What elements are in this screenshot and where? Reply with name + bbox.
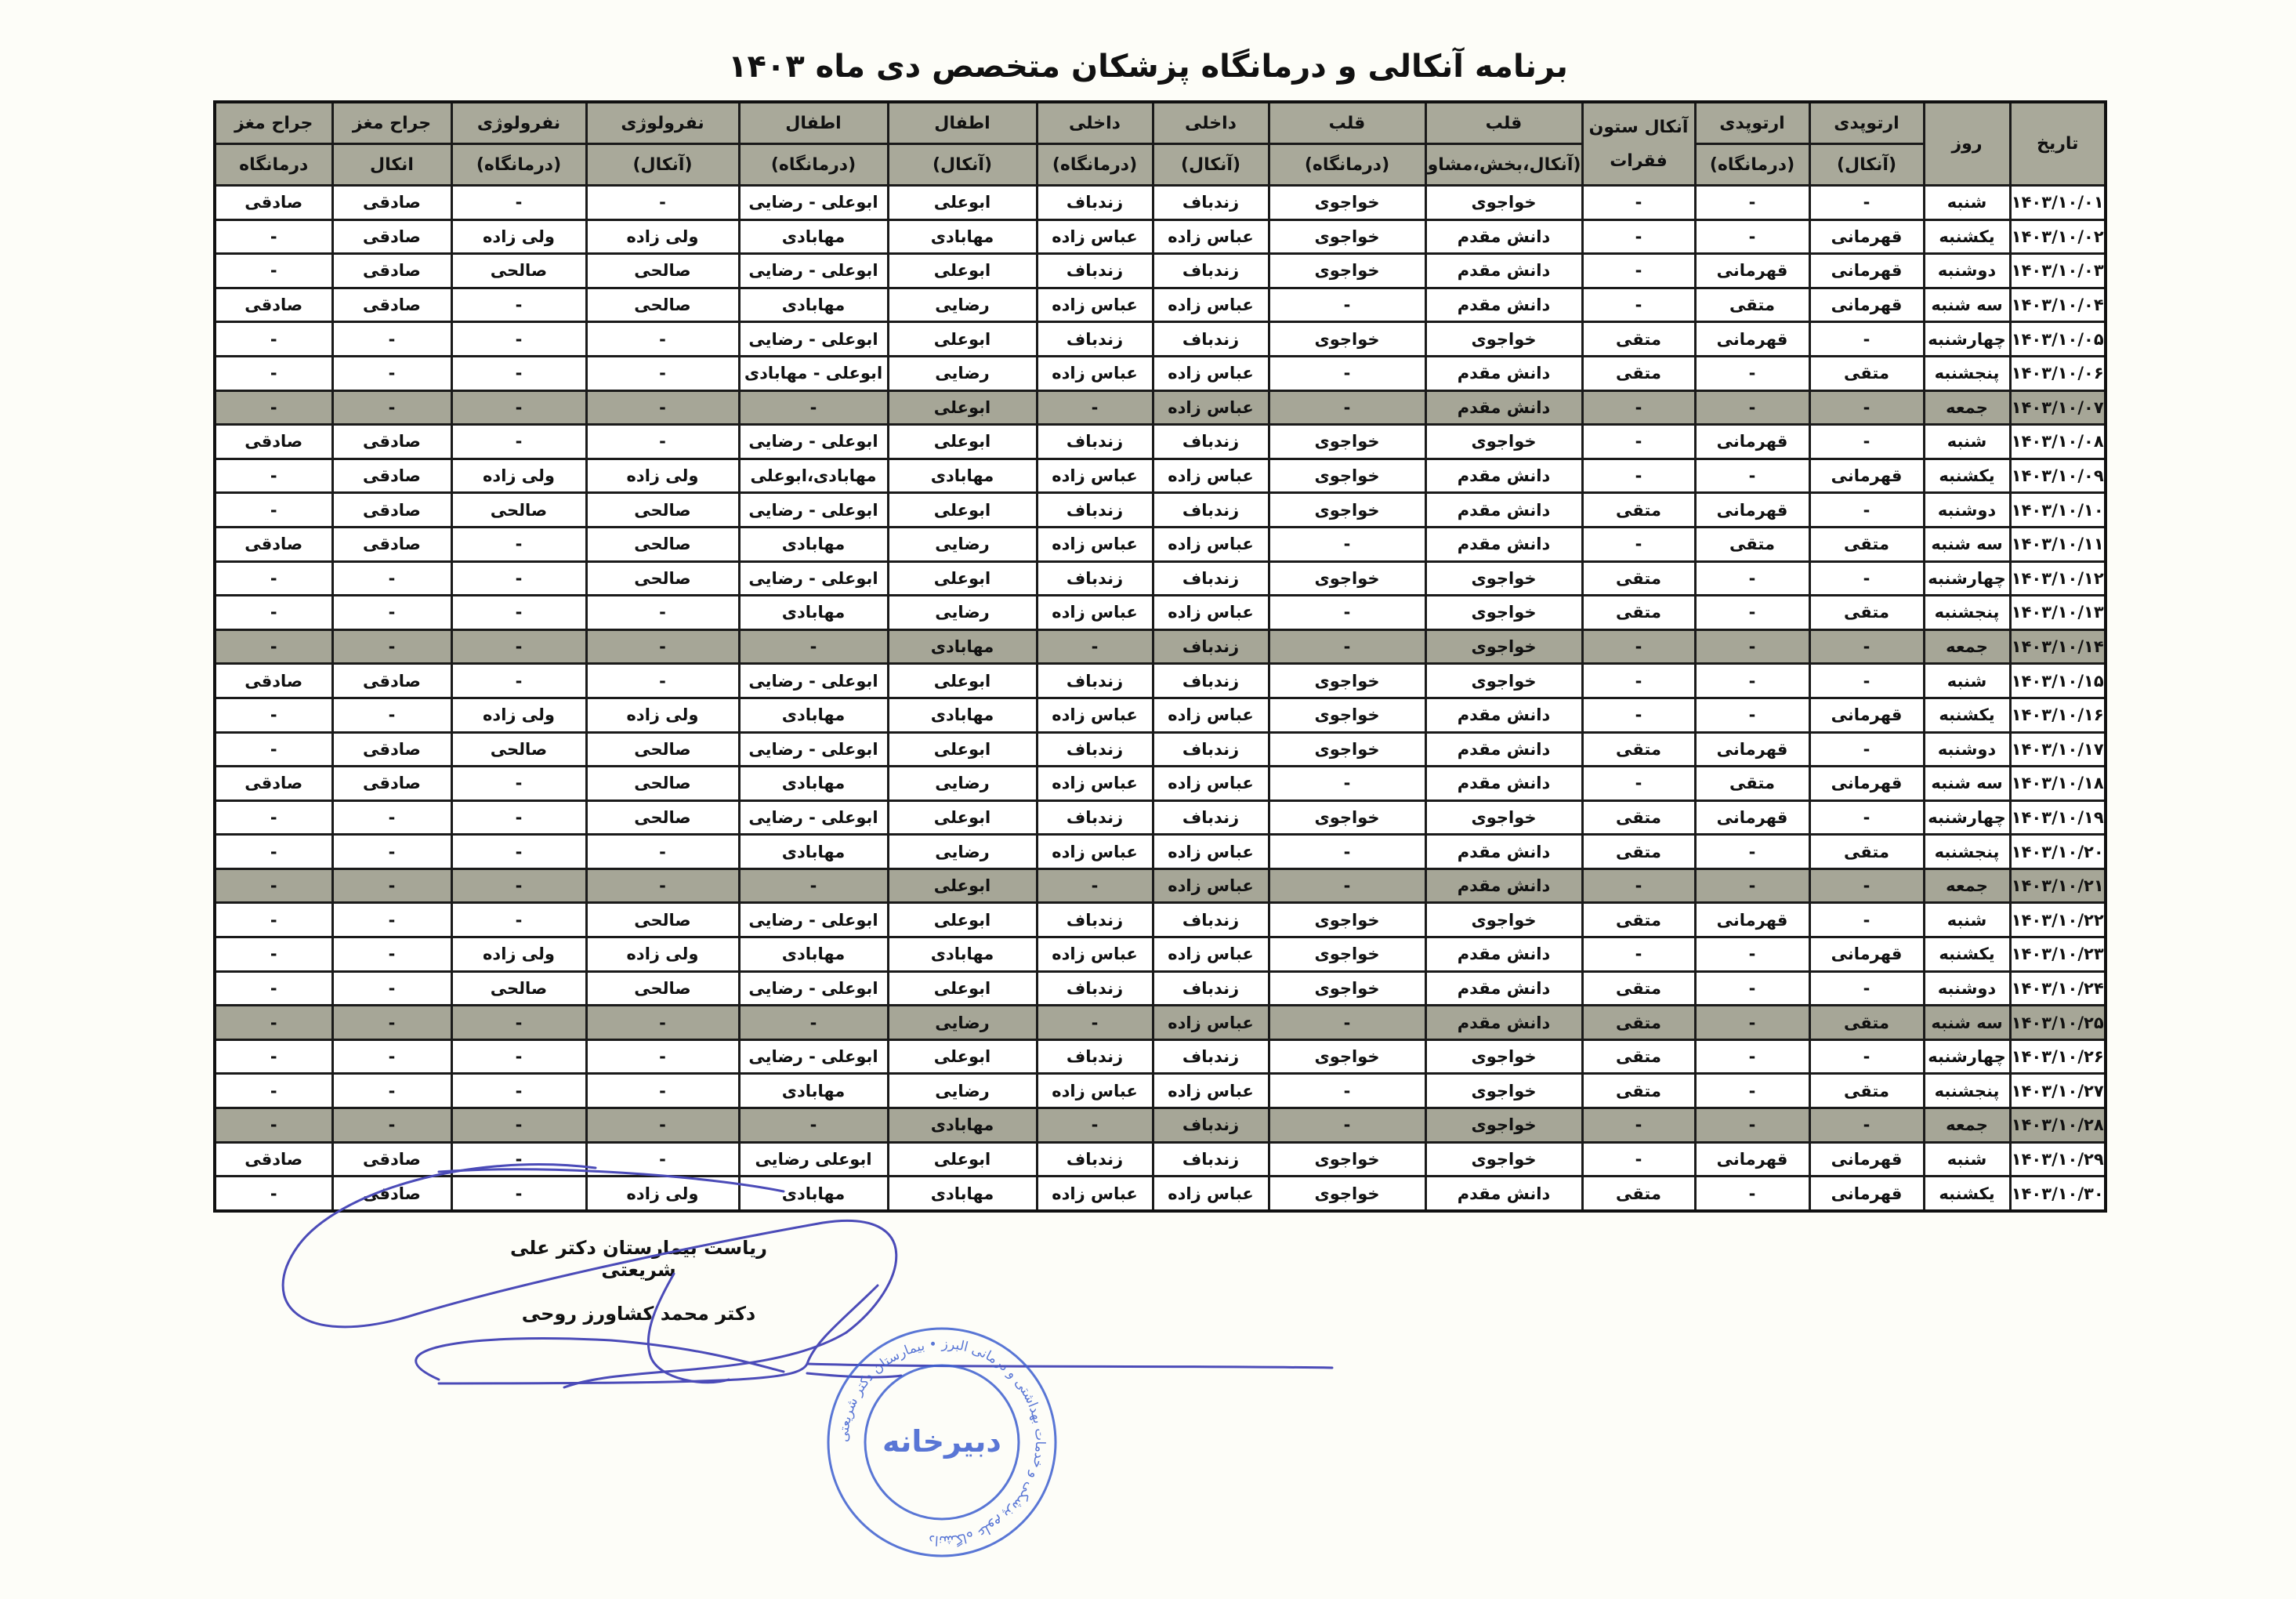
day-cell: پنجشنبه	[1924, 596, 2010, 630]
doctor-cell: دانش مقدم	[1425, 493, 1582, 528]
doctor-cell: -	[586, 390, 739, 425]
doctor-cell: مهابادی	[888, 219, 1037, 254]
doctor-cell: -	[215, 1006, 332, 1040]
header-row-top: تاریخروزارتوپدیارتوپدیآنکال ستونفقراتقلب…	[215, 102, 2106, 144]
doctor-cell: صادقی	[332, 254, 451, 288]
date-cell: ۱۴۰۳/۱۰/۱۴	[2010, 629, 2106, 664]
doctor-cell: دانش مقدم	[1425, 732, 1582, 767]
column-header: اطفال	[739, 102, 888, 144]
doctor-cell: متقی	[1809, 1006, 1924, 1040]
doctor-cell: متقی	[1809, 527, 1924, 561]
doctor-cell: ابوعلی	[888, 186, 1037, 220]
doctor-cell: عباس زاده	[1037, 356, 1153, 390]
doctor-cell: -	[451, 767, 586, 801]
doctor-cell: دانش مقدم	[1425, 254, 1582, 288]
doctor-cell: زندباف	[1153, 1039, 1269, 1074]
doctor-cell: صادقی	[215, 664, 332, 698]
table-row-holiday: ۱۴۰۳/۱۰/۲۱جمعه---دانش مقدم-عباس زاده-ابو…	[215, 868, 2106, 903]
doctor-cell: زندباف	[1037, 186, 1153, 220]
doctor-cell: -	[586, 629, 739, 664]
doctor-cell: متقی	[1809, 356, 1924, 390]
doctor-cell: ابوعلی - رضایی	[739, 186, 888, 220]
doctor-cell: خواجوی	[1425, 903, 1582, 937]
doctor-cell: زندباف	[1153, 425, 1269, 459]
doctor-cell: عباس زاده	[1037, 459, 1153, 493]
date-cell: ۱۴۰۳/۱۰/۰۴	[2010, 288, 2106, 322]
doctor-cell: خواجوی	[1269, 664, 1425, 698]
doctor-cell: -	[1695, 1177, 1809, 1211]
doctor-cell: ولی زاده	[586, 1177, 739, 1211]
doctor-cell: متقی	[1582, 800, 1695, 835]
table-row: ۱۴۰۳/۱۰/۱۷دوشنبه-قهرمانیمتقیدانش مقدمخوا…	[215, 732, 2106, 767]
doctor-cell: -	[1269, 390, 1425, 425]
doctor-cell: -	[1269, 527, 1425, 561]
doctor-cell: قهرمانی	[1695, 322, 1809, 357]
doctor-cell: -	[451, 1074, 586, 1108]
doctor-cell: خواجوی	[1269, 732, 1425, 767]
date-cell: ۱۴۰۳/۱۰/۲۷	[2010, 1074, 2106, 1108]
doctor-cell: مهابادی	[888, 459, 1037, 493]
doctor-cell: -	[332, 1074, 451, 1108]
doctor-cell: مهابادی	[739, 835, 888, 869]
doctor-cell: خواجوی	[1425, 561, 1582, 596]
doctor-cell: خواجوی	[1425, 1108, 1582, 1143]
header-row-bottom: (آنکال)(درمانگاه)(آنکال،بخش،مشاوره)(درما…	[215, 144, 2106, 186]
doctor-cell: زندباف	[1037, 1142, 1153, 1177]
doctor-cell: -	[1809, 971, 1924, 1006]
doctor-cell: -	[332, 903, 451, 937]
column-header: جراح مغز	[215, 102, 332, 144]
doctor-cell: -	[332, 390, 451, 425]
doctor-cell: زندباف	[1153, 493, 1269, 528]
doctor-cell: زندباف	[1153, 1142, 1269, 1177]
doctor-cell: دانش مقدم	[1425, 459, 1582, 493]
doctor-cell: -	[215, 732, 332, 767]
doctor-cell: صادقی	[332, 186, 451, 220]
doctor-cell: -	[1582, 219, 1695, 254]
doctor-cell: قهرمانی	[1809, 1177, 1924, 1211]
date-cell: ۱۴۰۳/۱۰/۱۰	[2010, 493, 2106, 528]
doctor-cell: عباس زاده	[1153, 356, 1269, 390]
date-cell: ۱۴۰۳/۱۰/۱۸	[2010, 767, 2106, 801]
doctor-cell: صادقی	[215, 527, 332, 561]
doctor-cell: خواجوی	[1425, 800, 1582, 835]
doctor-cell: ولی زاده	[451, 219, 586, 254]
day-cell: شنبه	[1924, 1142, 2010, 1177]
doctor-cell: زندباف	[1037, 493, 1153, 528]
doctor-cell: زندباف	[1037, 561, 1153, 596]
doctor-cell: -	[1037, 629, 1153, 664]
day-cell: دوشنبه	[1924, 732, 2010, 767]
doctor-cell: ابوعلی - رضایی	[739, 561, 888, 596]
date-cell: ۱۴۰۳/۱۰/۰۵	[2010, 322, 2106, 357]
table-row: ۱۴۰۳/۱۰/۲۰پنجشنبهمتقی-متقیدانش مقدم-عباس…	[215, 835, 2106, 869]
doctor-cell: متقی	[1582, 835, 1695, 869]
doctor-cell: -	[332, 937, 451, 972]
doctor-cell: -	[451, 1039, 586, 1074]
column-header: جراح مغز	[332, 102, 451, 144]
doctor-cell: خواجوی	[1269, 903, 1425, 937]
doctor-cell: -	[1809, 868, 1924, 903]
doctor-cell: خواجوی	[1269, 219, 1425, 254]
doctor-cell: صادقی	[332, 425, 451, 459]
doctor-cell: متقی	[1695, 767, 1809, 801]
doctor-cell: -	[739, 1006, 888, 1040]
doctor-cell: ابوعلی	[888, 664, 1037, 698]
table-row: ۱۴۰۳/۱۰/۰۶پنجشنبهمتقی-متقیدانش مقدم-عباس…	[215, 356, 2106, 390]
doctor-cell: -	[1695, 1039, 1809, 1074]
table-row-holiday: ۱۴۰۳/۱۰/۰۷جمعه---دانش مقدم-عباس زاده-ابو…	[215, 390, 2106, 425]
doctor-cell: مهابادی	[888, 629, 1037, 664]
date-cell: ۱۴۰۳/۱۰/۱۳	[2010, 596, 2106, 630]
column-header: نفرولوژی	[451, 102, 586, 144]
doctor-cell: خواجوی	[1269, 1142, 1425, 1177]
table-row: ۱۴۰۳/۱۰/۰۸شنبه-قهرمانی-خواجویخواجویزندبا…	[215, 425, 2106, 459]
doctor-cell: ابوعلی - رضایی	[739, 903, 888, 937]
doctor-cell: ولی زاده	[451, 698, 586, 732]
doctor-cell: صالحی	[586, 254, 739, 288]
doctor-cell: زندباف	[1153, 254, 1269, 288]
day-cell: جمعه	[1924, 629, 2010, 664]
doctor-cell: خواجوی	[1425, 629, 1582, 664]
doctor-cell: خواجوی	[1269, 698, 1425, 732]
doctor-cell: مهابادی	[739, 1074, 888, 1108]
doctor-cell: خواجوی	[1425, 596, 1582, 630]
doctor-cell: ابوعلی - رضایی	[739, 425, 888, 459]
doctor-cell: زندباف	[1153, 561, 1269, 596]
table-row-holiday: ۱۴۰۳/۱۰/۱۴جمعه---خواجوی-زندباف-مهابادی--…	[215, 629, 2106, 664]
doctor-cell: -	[451, 596, 586, 630]
doctor-cell: -	[332, 971, 451, 1006]
column-header: داخلی	[1153, 102, 1269, 144]
doctor-cell: رضایی	[888, 835, 1037, 869]
doctor-cell: خواجوی	[1425, 664, 1582, 698]
doctor-cell: -	[215, 835, 332, 869]
doctor-cell: ابوعلی	[888, 1039, 1037, 1074]
doctor-cell: -	[1695, 186, 1809, 220]
doctor-cell: صالحی	[586, 800, 739, 835]
doctor-cell: -	[1582, 288, 1695, 322]
doctor-cell: -	[332, 356, 451, 390]
document-title: برنامه آنکالی و درمانگاه پزشکان متخصص دی…	[204, 49, 2092, 85]
doctor-cell: عباس زاده	[1153, 390, 1269, 425]
doctor-cell: خواجوی	[1425, 1142, 1582, 1177]
table-row: ۱۴۰۳/۱۰/۲۳یکشنبهقهرمانی--دانش مقدمخواجوی…	[215, 937, 2106, 972]
doctor-cell: ولی زاده	[586, 459, 739, 493]
doctor-cell: خواجوی	[1425, 322, 1582, 357]
doctor-cell: -	[1695, 219, 1809, 254]
doctor-cell: عباس زاده	[1037, 1177, 1153, 1211]
doctor-cell: ابوعلی - رضایی	[739, 732, 888, 767]
doctor-cell: متقی	[1582, 356, 1695, 390]
doctor-cell: -	[1582, 698, 1695, 732]
column-subheader: (آنکال)	[888, 144, 1037, 186]
doctor-cell: صادقی	[332, 219, 451, 254]
doctor-cell: -	[739, 868, 888, 903]
doctor-cell: قهرمانی	[1695, 1142, 1809, 1177]
doctor-cell: زندباف	[1153, 1108, 1269, 1143]
doctor-cell: مهابادی،ابوعلی	[739, 459, 888, 493]
doctor-cell: -	[332, 835, 451, 869]
doctor-cell: -	[1809, 493, 1924, 528]
doctor-cell: -	[451, 664, 586, 698]
doctor-cell: رضایی	[888, 767, 1037, 801]
doctor-cell: متقی	[1582, 903, 1695, 937]
doctor-cell: -	[1269, 356, 1425, 390]
doctor-cell: -	[451, 1177, 586, 1211]
column-subheader: (آنکال)	[586, 144, 739, 186]
doctor-cell: قهرمانی	[1809, 459, 1924, 493]
doctor-cell: -	[215, 356, 332, 390]
doctor-cell: -	[215, 1074, 332, 1108]
doctor-cell: عباس زاده	[1153, 288, 1269, 322]
doctor-cell: ابوعلی - رضایی	[739, 493, 888, 528]
doctor-cell: قهرمانی	[1695, 493, 1809, 528]
doctor-cell: -	[1695, 596, 1809, 630]
column-subheader: (درمانگاه)	[451, 144, 586, 186]
doctor-cell: قهرمانی	[1695, 425, 1809, 459]
doctor-cell: دانش مقدم	[1425, 767, 1582, 801]
date-cell: ۱۴۰۳/۱۰/۰۱	[2010, 186, 2106, 220]
doctor-cell: -	[739, 1108, 888, 1143]
doctor-cell: قهرمانی	[1809, 767, 1924, 801]
day-cell: جمعه	[1924, 390, 2010, 425]
doctor-cell: صادقی	[215, 288, 332, 322]
doctor-cell: زندباف	[1153, 903, 1269, 937]
doctor-cell: صادقی	[332, 527, 451, 561]
doctor-cell: -	[332, 1006, 451, 1040]
doctor-cell: -	[1695, 868, 1809, 903]
doctor-cell: -	[215, 868, 332, 903]
doctor-cell: مهابادی	[739, 698, 888, 732]
doctor-cell: مهابادی	[739, 219, 888, 254]
doctor-cell: -	[1582, 527, 1695, 561]
doctor-cell: زندباف	[1037, 1039, 1153, 1074]
doctor-cell: مهابادی	[739, 937, 888, 972]
doctor-cell: ابوعلی - مهابادی	[739, 356, 888, 390]
doctor-cell: متقی	[1695, 288, 1809, 322]
doctor-cell: صادقی	[215, 425, 332, 459]
doctor-cell: -	[1269, 596, 1425, 630]
doctor-cell: -	[215, 219, 332, 254]
day-cell: چهارشنبه	[1924, 800, 2010, 835]
doctor-cell: -	[1582, 937, 1695, 972]
doctor-cell: عباس زاده	[1153, 1006, 1269, 1040]
table-row: ۱۴۰۳/۱۰/۰۲یکشنبهقهرمانی--دانش مقدمخواجوی…	[215, 219, 2106, 254]
doctor-cell: -	[586, 868, 739, 903]
doctor-cell: زندباف	[1153, 800, 1269, 835]
doctor-cell: -	[1809, 903, 1924, 937]
doctor-cell: -	[1695, 1108, 1809, 1143]
doctor-cell: متقی	[1582, 322, 1695, 357]
doctor-cell: صالحی	[451, 971, 586, 1006]
doctor-cell: -	[1582, 459, 1695, 493]
table-row: ۱۴۰۳/۱۰/۱۱سه شنبهمتقیمتقی-دانش مقدم-عباس…	[215, 527, 2106, 561]
doctor-cell: -	[1809, 561, 1924, 596]
doctor-cell: خواجوی	[1425, 1039, 1582, 1074]
doctor-cell: رضایی	[888, 1006, 1037, 1040]
date-cell: ۱۴۰۳/۱۰/۱۶	[2010, 698, 2106, 732]
column-header: تاریخ	[2010, 102, 2106, 186]
day-cell: چهارشنبه	[1924, 322, 2010, 357]
day-cell: دوشنبه	[1924, 971, 2010, 1006]
doctor-cell: قهرمانی	[1809, 937, 1924, 972]
doctor-cell: -	[586, 322, 739, 357]
doctor-cell: -	[586, 664, 739, 698]
doctor-cell: قهرمانی	[1695, 254, 1809, 288]
doctor-cell: صادقی	[215, 186, 332, 220]
day-cell: سه شنبه	[1924, 1006, 2010, 1040]
doctor-cell: -	[1695, 971, 1809, 1006]
doctor-cell: عباس زاده	[1153, 1074, 1269, 1108]
doctor-cell: -	[1269, 288, 1425, 322]
doctor-cell: -	[586, 356, 739, 390]
day-cell: شنبه	[1924, 186, 2010, 220]
date-cell: ۱۴۰۳/۱۰/۰۹	[2010, 459, 2106, 493]
doctor-cell: -	[215, 390, 332, 425]
doctor-cell: عباس زاده	[1037, 937, 1153, 972]
doctor-cell: -	[1582, 390, 1695, 425]
doctor-cell: عباس زاده	[1153, 219, 1269, 254]
doctor-cell: خواجوی	[1269, 971, 1425, 1006]
doctor-cell: عباس زاده	[1153, 868, 1269, 903]
doctor-cell: -	[451, 561, 586, 596]
doctor-cell: ابوعلی - رضایی	[739, 971, 888, 1006]
doctor-cell: دانش مقدم	[1425, 219, 1582, 254]
day-cell: شنبه	[1924, 425, 2010, 459]
date-cell: ۱۴۰۳/۱۰/۲۳	[2010, 937, 2106, 972]
doctor-cell: رضایی	[888, 288, 1037, 322]
doctor-cell: -	[451, 186, 586, 220]
doctor-cell: ابوعلی	[888, 868, 1037, 903]
day-cell: یکشنبه	[1924, 1177, 2010, 1211]
doctor-cell: -	[1037, 1108, 1153, 1143]
table-row: ۱۴۰۳/۱۰/۲۹شنبهقهرمانیقهرمانی-خواجویخواجو…	[215, 1142, 2106, 1177]
table-header: تاریخروزارتوپدیارتوپدیآنکال ستونفقراتقلب…	[215, 102, 2106, 186]
doctor-cell: صادقی	[332, 767, 451, 801]
doctor-cell: زندباف	[1037, 732, 1153, 767]
doctor-cell: -	[739, 629, 888, 664]
doctor-cell: مهابادی	[739, 1177, 888, 1211]
doctor-cell: دانش مقدم	[1425, 527, 1582, 561]
doctor-cell: خواجوی	[1269, 561, 1425, 596]
doctor-cell: ولی زاده	[586, 937, 739, 972]
doctor-cell: عباس زاده	[1153, 835, 1269, 869]
doctor-cell: -	[1695, 664, 1809, 698]
doctor-cell: -	[1582, 868, 1695, 903]
doctor-cell: دانش مقدم	[1425, 1006, 1582, 1040]
doctor-cell: ابوعلی - رضایی	[739, 322, 888, 357]
doctor-cell: زندباف	[1037, 425, 1153, 459]
doctor-cell: -	[586, 835, 739, 869]
date-cell: ۱۴۰۳/۱۰/۰۲	[2010, 219, 2106, 254]
doctor-cell: -	[451, 390, 586, 425]
doctor-cell: ابوعلی رضایی	[739, 1142, 888, 1177]
doctor-cell: -	[1809, 322, 1924, 357]
doctor-cell: -	[1809, 800, 1924, 835]
doctor-cell: خواجوی	[1269, 1177, 1425, 1211]
table-row: ۱۴۰۳/۱۰/۰۳دوشنبهقهرمانیقهرمانی-دانش مقدم…	[215, 254, 2106, 288]
doctor-cell: صالحی	[586, 971, 739, 1006]
doctor-cell: متقی	[1809, 596, 1924, 630]
doctor-cell: زندباف	[1153, 629, 1269, 664]
doctor-cell: دانش مقدم	[1425, 390, 1582, 425]
doctor-cell: متقی	[1582, 1074, 1695, 1108]
day-cell: چهارشنبه	[1924, 1039, 2010, 1074]
day-cell: شنبه	[1924, 903, 2010, 937]
day-cell: سه شنبه	[1924, 767, 2010, 801]
doctor-cell: ولی زاده	[586, 219, 739, 254]
day-cell: جمعه	[1924, 1108, 2010, 1143]
day-cell: دوشنبه	[1924, 493, 2010, 528]
column-header: ارتوپدی	[1695, 102, 1809, 144]
doctor-cell: ولی زاده	[586, 698, 739, 732]
doctor-cell: رضایی	[888, 596, 1037, 630]
doctor-cell: -	[451, 629, 586, 664]
doctor-cell: -	[1582, 629, 1695, 664]
doctor-cell: ابوعلی	[888, 971, 1037, 1006]
doctor-cell: -	[451, 868, 586, 903]
day-cell: سه شنبه	[1924, 288, 2010, 322]
doctor-cell: -	[1695, 459, 1809, 493]
table-row: ۱۴۰۳/۱۰/۰۱شنبه---خواجویخواجویزندبافزندبا…	[215, 186, 2106, 220]
doctor-cell: -	[1269, 835, 1425, 869]
doctor-cell: دانش مقدم	[1425, 1177, 1582, 1211]
doctor-cell: -	[586, 596, 739, 630]
doctor-cell: خواجوی	[1269, 425, 1425, 459]
day-cell: یکشنبه	[1924, 459, 2010, 493]
doctor-cell: مهابادی	[888, 1177, 1037, 1211]
day-cell: پنجشنبه	[1924, 1074, 2010, 1108]
doctor-cell: -	[215, 561, 332, 596]
doctor-cell: -	[451, 288, 586, 322]
doctor-cell: -	[215, 254, 332, 288]
doctor-cell: دانش مقدم	[1425, 868, 1582, 903]
doctor-cell: خواجوی	[1425, 425, 1582, 459]
doctor-cell: -	[215, 971, 332, 1006]
doctor-cell: عباس زاده	[1153, 767, 1269, 801]
doctor-cell: -	[215, 937, 332, 972]
table-row: ۱۴۰۳/۱۰/۰۹یکشنبهقهرمانی--دانش مقدمخواجوی…	[215, 459, 2106, 493]
column-header: روز	[1924, 102, 2010, 186]
doctor-cell: -	[1695, 561, 1809, 596]
doctor-cell: عباس زاده	[1037, 596, 1153, 630]
date-cell: ۱۴۰۳/۱۰/۱۹	[2010, 800, 2106, 835]
doctor-cell: -	[1695, 1074, 1809, 1108]
stamp-center-text: دبیرخانه	[882, 1424, 1001, 1459]
doctor-cell: -	[1269, 767, 1425, 801]
doctor-cell: متقی	[1582, 1006, 1695, 1040]
doctor-cell: ابوعلی	[888, 561, 1037, 596]
doctor-cell: قهرمانی	[1809, 698, 1924, 732]
doctor-cell: متقی	[1582, 493, 1695, 528]
doctor-cell: ابوعلی	[888, 903, 1037, 937]
doctor-cell: عباس زاده	[1153, 1177, 1269, 1211]
doctor-cell: صادقی	[215, 1142, 332, 1177]
doctor-cell: -	[451, 1142, 586, 1177]
doctor-cell: عباس زاده	[1037, 288, 1153, 322]
doctor-cell: عباس زاده	[1153, 698, 1269, 732]
table-row: ۱۴۰۳/۱۰/۱۹چهارشنبه-قهرمانیمتقیخواجویخواج…	[215, 800, 2106, 835]
day-cell: پنجشنبه	[1924, 356, 2010, 390]
date-cell: ۱۴۰۳/۱۰/۲۲	[2010, 903, 2106, 937]
doctor-cell: عباس زاده	[1153, 527, 1269, 561]
doctor-cell: -	[1809, 629, 1924, 664]
day-cell: یکشنبه	[1924, 698, 2010, 732]
doctor-cell: زندباف	[1037, 664, 1153, 698]
doctor-cell: ابوعلی	[888, 732, 1037, 767]
column-header: قلب	[1425, 102, 1582, 144]
